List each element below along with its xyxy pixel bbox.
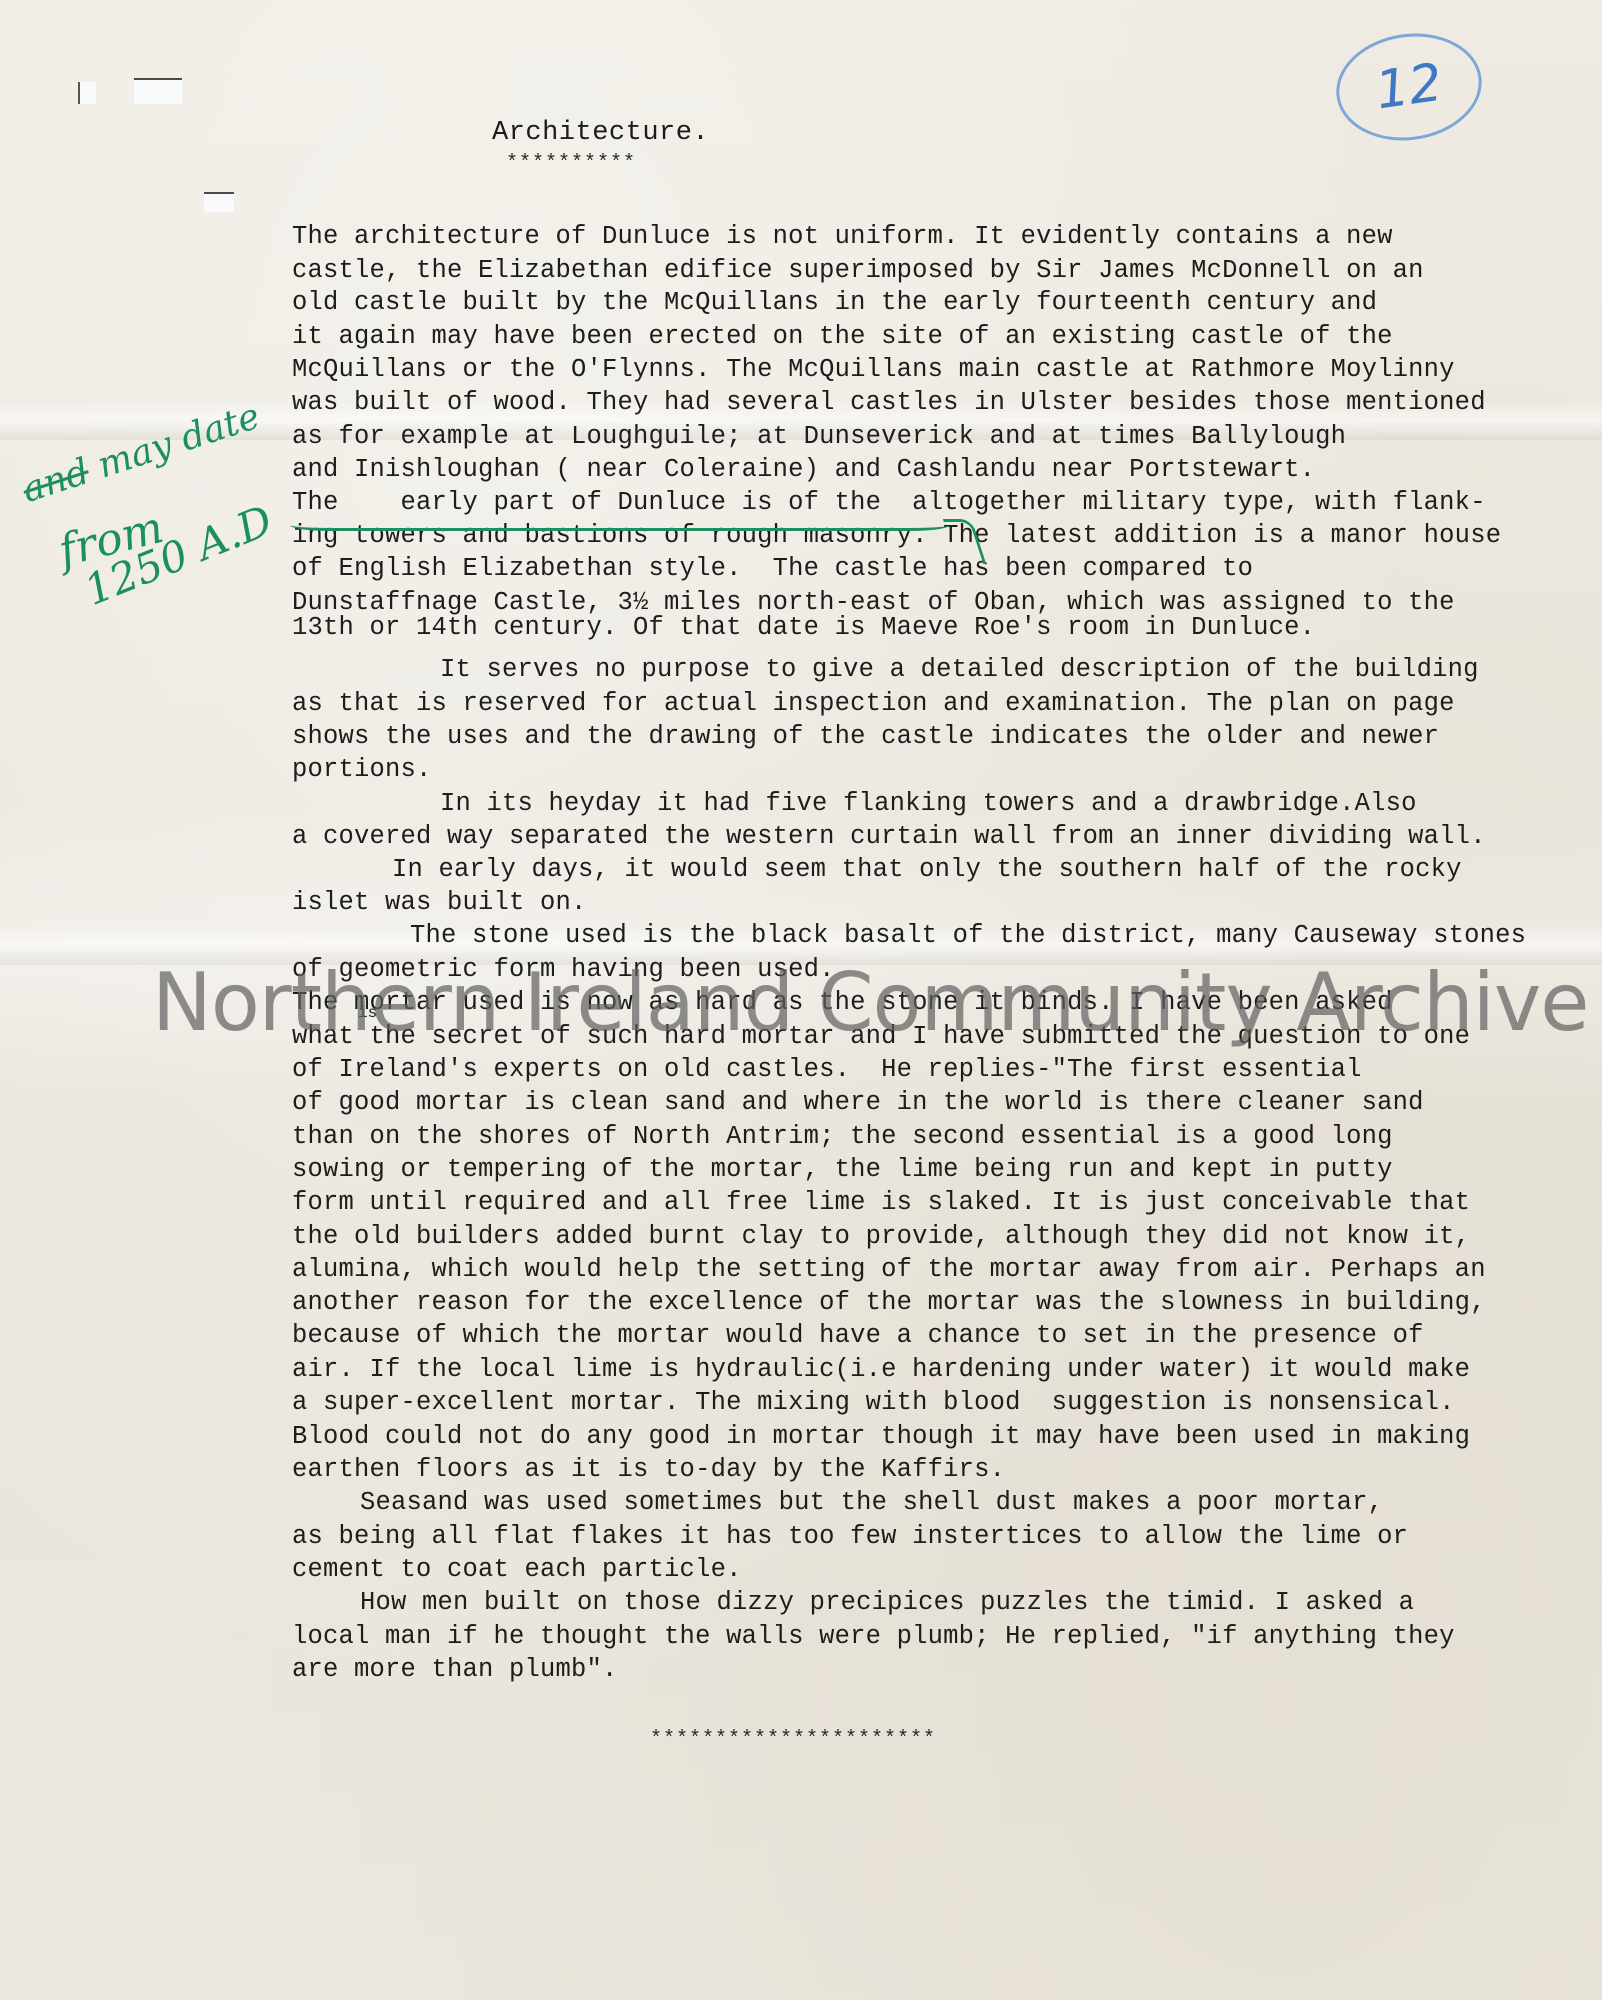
typed-line: In early days, it would seem that only t… [392,855,1462,884]
typed-line: than on the shores of North Antrim; the … [292,1122,1393,1151]
typed-line: as that is reserved for actual inspectio… [292,689,1455,718]
paper-tear-mark [204,192,234,212]
typed-line: the old builders added burnt clay to pro… [292,1222,1470,1251]
typed-line: as for example at Loughguile; at Dunseve… [292,422,1346,451]
typed-line: of Ireland's experts on old castles. He … [292,1055,1362,1084]
typed-line: The stone used is the black basalt of th… [410,921,1526,950]
typed-line: In its heyday it had five flanking tower… [440,789,1417,818]
typed-line: 13th or 14th century. Of that date is Ma… [292,613,1315,642]
typed-line: a super-excellent mortar. The mixing wit… [292,1388,1455,1417]
typed-line: of English Elizabethan style. The castle… [292,554,1253,583]
typed-line: and Inishloughan ( near Coleraine) and C… [292,455,1315,484]
typed-line: The architecture of Dunluce is not unifo… [292,222,1393,251]
document-title: Architecture. [492,118,709,148]
green-pen-underline [290,520,950,531]
typed-line: old castle built by the McQuillans in th… [292,288,1377,317]
archive-watermark: Northern Ireland Community Archive [152,956,1588,1049]
typed-line: air. If the local lime is hydraulic(i.e … [292,1355,1470,1384]
typed-line: sowing or tempering of the mortar, the l… [292,1155,1393,1184]
typed-line: Blood could not do any good in mortar th… [292,1422,1470,1451]
typed-line: Seasand was used sometimes but the shell… [360,1488,1383,1517]
typed-line: castle, the Elizabethan edifice superimp… [292,256,1424,285]
typed-line: portions. [292,755,432,784]
typed-line: another reason for the excellence of the… [292,1288,1486,1317]
typed-line: islet was built on. [292,888,587,917]
end-rule: ********************** [650,1728,936,1751]
typed-line: alumina, which would help the setting of… [292,1255,1486,1284]
typed-line: because of which the mortar would have a… [292,1321,1424,1350]
paper-tear-mark [78,82,96,104]
typed-line: of good mortar is clean sand and where i… [292,1088,1424,1117]
title-rule: ********** [506,152,636,175]
typed-line: shows the uses and the drawing of the ca… [292,722,1439,751]
typed-line: a covered way separated the western curt… [292,822,1486,851]
typed-line: form until required and all free lime is… [292,1188,1470,1217]
typed-line: as being all flat flakes it has too few … [292,1522,1408,1551]
typed-line: cement to coat each particle. [292,1555,742,1584]
typed-line: earthen floors as it is to-day by the Ka… [292,1455,1005,1484]
typed-line: It serves no purpose to give a detailed … [440,655,1479,684]
typed-line: are more than plumb". [292,1655,618,1684]
typed-line: How men built on those dizzy precipices … [360,1588,1414,1617]
typed-line: The early part of Dunluce is of the alto… [292,488,1486,517]
typed-line: it again may have been erected on the si… [292,322,1393,351]
typed-line: McQuillans or the O'Flynns. The McQuilla… [292,355,1455,384]
paper-tear-mark [134,78,182,104]
typed-line: local man if he thought the walls were p… [292,1622,1455,1651]
typed-line: was built of wood. They had several cast… [292,388,1486,417]
